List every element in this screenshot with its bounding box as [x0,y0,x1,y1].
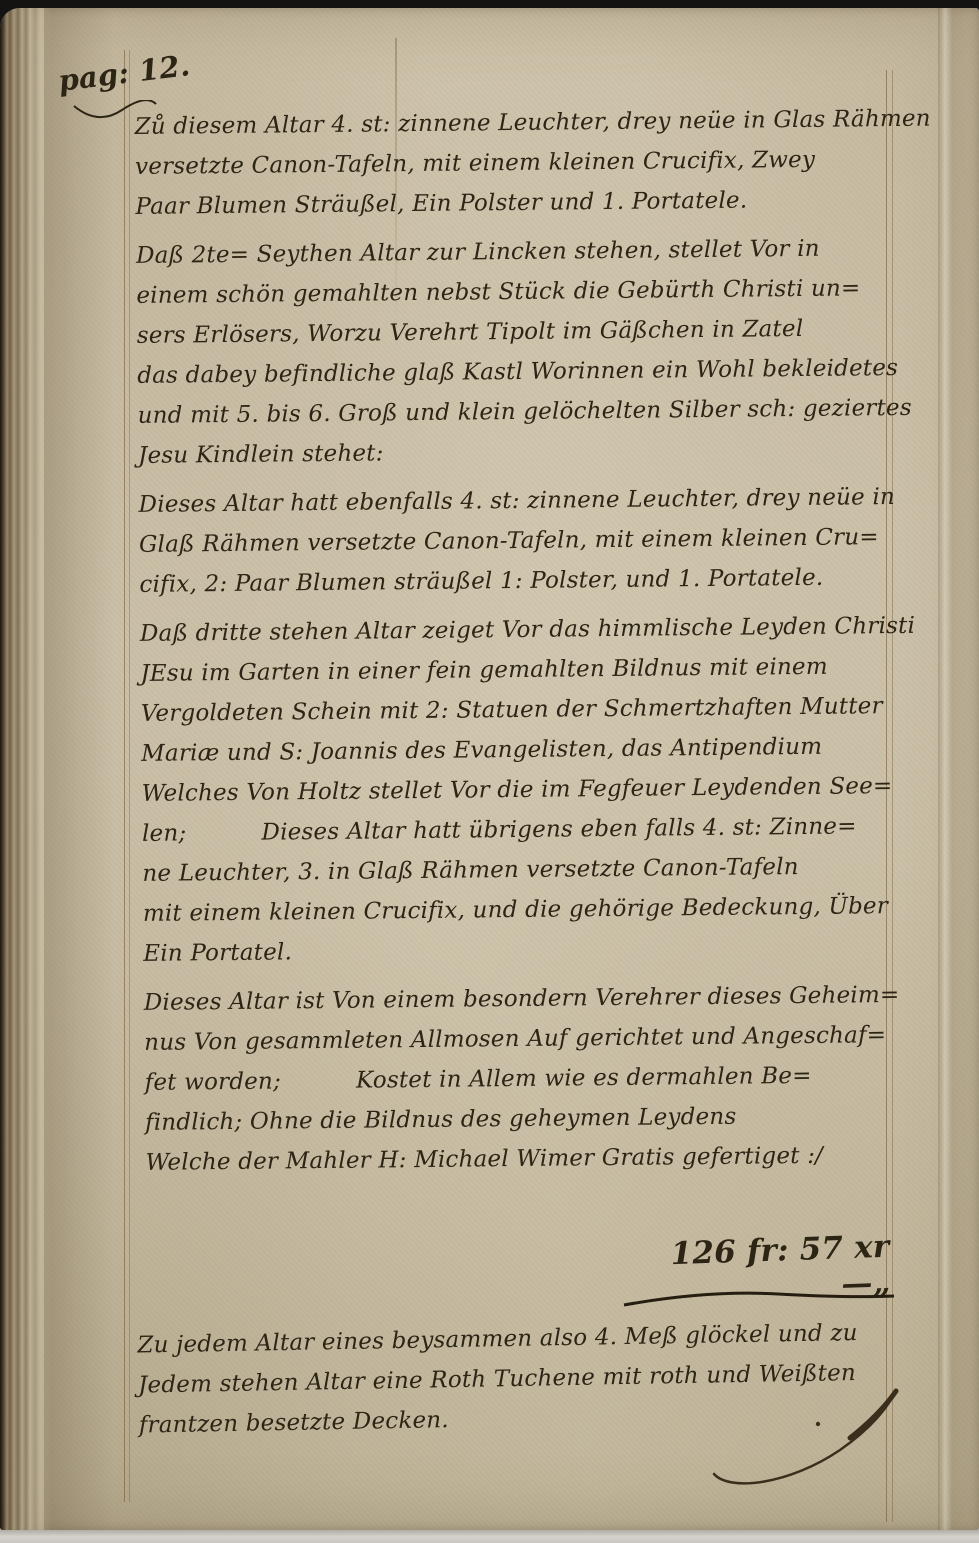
margin-rule-left-inner [129,50,130,1502]
manuscript-line: Welche der Mahler H: Michael Wimer Grati… [145,1135,893,1183]
manuscript-line: und mit 5. bis 6. Groß und klein gelöche… [137,388,885,436]
manuscript-line: fet worden; Kostet in Allem wie es derma… [144,1055,892,1103]
paper-fold-right [938,8,979,1530]
manuscript-line: versetzte Canon-Tafeln, mit einem kleine… [135,139,883,187]
manuscript-line: mit einem kleinen Crucifix, und die gehö… [143,886,891,934]
pen-flourish-icon [700,1366,915,1501]
manuscript-page: pag: 12. Zů diesem Altar 4. st: zinnene … [0,8,979,1530]
manuscript-line: Paar Blumen Sträußel, Ein Polster und 1.… [135,179,883,227]
manuscript-line: Jesu Kindlein stehet: [138,428,886,476]
manuscript-line: Ein Portatel. [143,926,891,974]
margin-rule-left [124,50,125,1502]
manuscript-text-block: Zů diesem Altar 4. st: zinnene Leuchter,… [134,90,893,1183]
manuscript-line: cifix, 2: Paar Blumen sträußel 1: Polste… [139,557,887,605]
binding-shadow [44,8,114,1530]
